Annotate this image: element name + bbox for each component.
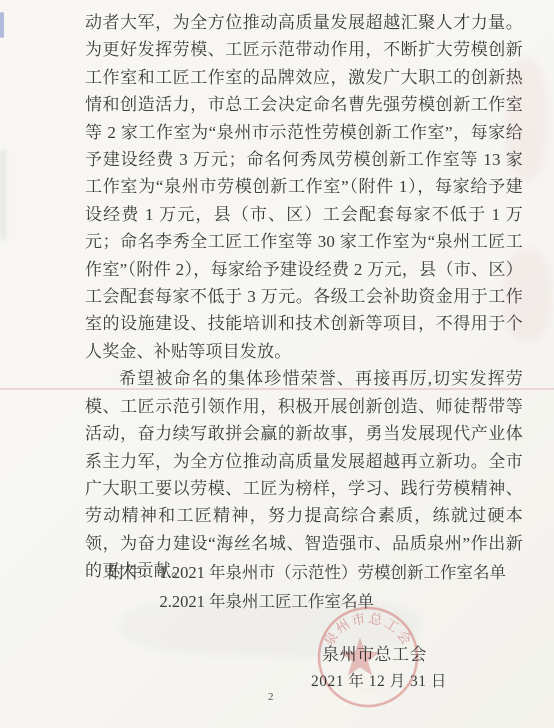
attachment-item-2: 2.2021 年泉州工匠工作室名单 xyxy=(160,587,509,616)
signature-organization: 泉州市总工会 xyxy=(322,640,432,665)
signature-date: 2021 年 12 月 31 日 xyxy=(311,669,451,691)
scan-edge-smudge xyxy=(0,150,6,240)
attachments-block: 附件： 1.2021 年泉州市（示范性）劳模创新工作室名单 2.2021 年泉州… xyxy=(108,558,508,616)
paragraph-hope: 希望被命名的集体珍惜荣誉、再接再厉,切实发挥劳模、工匠示范引领作用，积极开展创新… xyxy=(85,365,523,584)
document-body: 动者大军，为全方位推动高质量发展超越汇聚人才力量。为更好发挥劳模、工匠示范带动作… xyxy=(85,9,523,585)
scan-edge-mark xyxy=(0,12,4,38)
document-page: 动者大军，为全方位推动高质量发展超越汇聚人才力量。为更好发挥劳模、工匠示范带动作… xyxy=(0,0,554,728)
page-number: 2 xyxy=(268,691,274,703)
attachments-list: 1.2021 年泉州市（示范性）劳模创新工作室名单 2.2021 年泉州工匠工作… xyxy=(160,558,509,616)
attachments-label: 附件： xyxy=(108,558,158,587)
paragraph-continuation: 动者大军，为全方位推动高质量发展超越汇聚人才力量。为更好发挥劳模、工匠示范带动作… xyxy=(85,9,523,365)
attachment-item-1: 1.2021 年泉州市（示范性）劳模创新工作室名单 xyxy=(160,558,509,587)
